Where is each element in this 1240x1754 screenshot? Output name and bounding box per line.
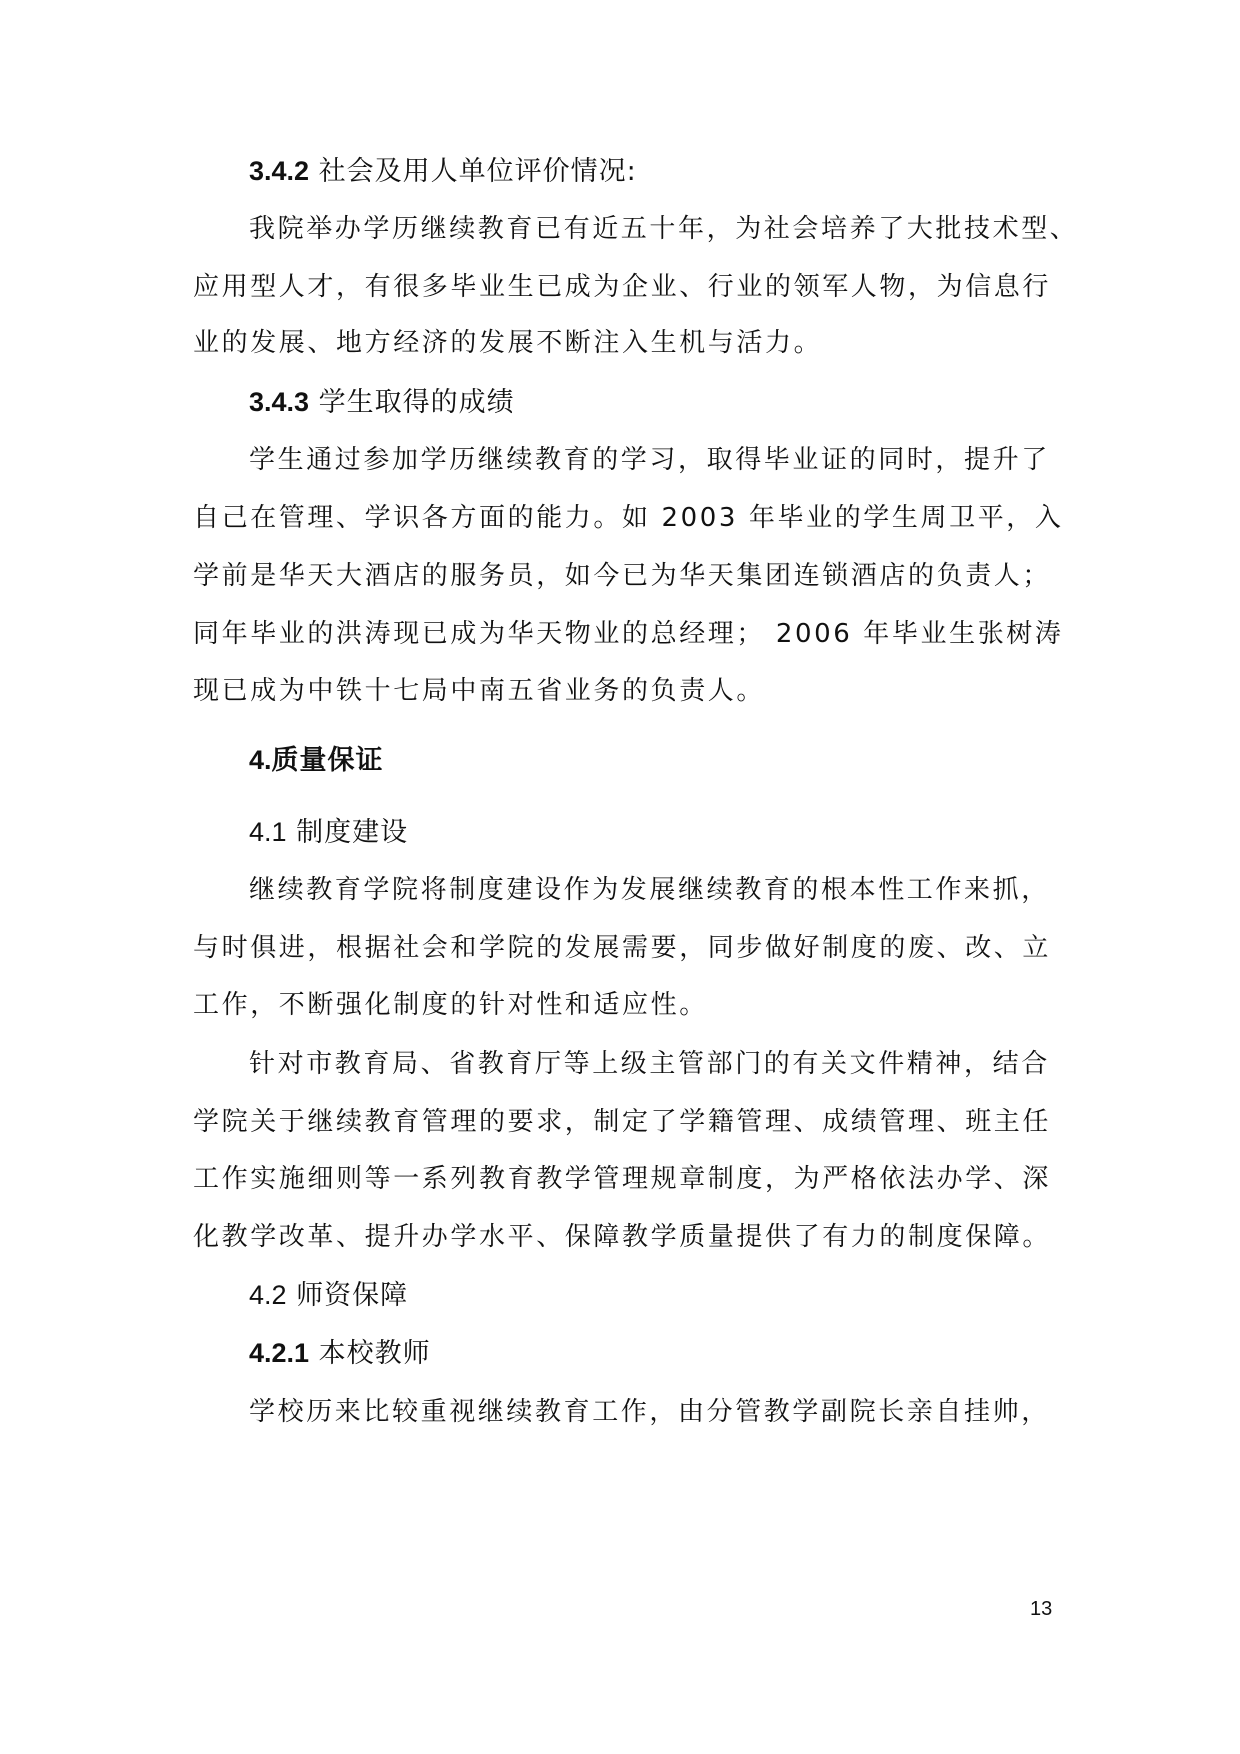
paragraph-line: 继续教育学院将制度建设作为发展继续教育的根本性工作来抓， — [249, 873, 1109, 907]
section-title: 本校教师 — [309, 1338, 431, 1369]
section-heading-3-4-2: 3.4.2 社会及用人单位评价情况: — [249, 154, 1109, 188]
section-number: 3.4.3 — [249, 387, 309, 417]
paragraph-line: 学生通过参加学历继续教育的学习，取得毕业证的同时，提升了 — [249, 443, 1109, 477]
section-heading-4-2-1: 4.2.1 本校教师 — [249, 1336, 1109, 1370]
paragraph-line: 现已成为中铁十七局中南五省业务的负责人。 — [193, 674, 1053, 708]
section-title: 制度建设 — [287, 817, 409, 848]
paragraph-line: 与时俱进，根据社会和学院的发展需要，同步做好制度的废、改、立 — [193, 931, 1053, 965]
page-number: 13 — [1030, 1598, 1052, 1621]
paragraph-line: 自己在管理、学识各方面的能力。如 2003 年毕业的学生周卫平，入 — [193, 501, 1053, 535]
section-heading-4-1: 4.1 制度建设 — [249, 815, 1109, 849]
section-title: 质量保证 — [272, 745, 384, 776]
paragraph-line: 化教学改革、提升办学水平、保障教学质量提供了有力的制度保障。 — [193, 1220, 1053, 1254]
paragraph-line: 同年毕业的洪涛现已成为华天物业的总经理； 2006 年毕业生张树涛 — [193, 617, 1053, 651]
document-page: 3.4.2 社会及用人单位评价情况: 我院举办学历继续教育已有近五十年，为社会培… — [0, 0, 1240, 1754]
paragraph-line: 学前是华天大酒店的服务员，如今已为华天集团连锁酒店的负责人； — [193, 559, 1053, 593]
paragraph-line: 针对市教育局、省教育厅等上级主管部门的有关文件精神，结合 — [249, 1047, 1109, 1081]
section-number: 4.2.1 — [249, 1338, 309, 1368]
paragraph-line: 我院举办学历继续教育已有近五十年，为社会培养了大批技术型、 — [249, 212, 1109, 246]
section-heading-4-2: 4.2 师资保障 — [249, 1278, 1109, 1312]
section-title: 社会及用人单位评价情况: — [309, 156, 637, 187]
paragraph-line: 学校历来比较重视继续教育工作，由分管教学副院长亲自挂帅， — [249, 1395, 1109, 1429]
section-number: 4.1 — [249, 817, 287, 847]
paragraph-line: 工作，不断强化制度的针对性和适应性。 — [193, 988, 1053, 1022]
section-number: 3.4.2 — [249, 156, 309, 186]
paragraph-line: 学院关于继续教育管理的要求，制定了学籍管理、成绩管理、班主任 — [193, 1105, 1053, 1139]
section-heading-4: 4.质量保证 — [249, 743, 1109, 777]
section-title: 师资保障 — [287, 1280, 409, 1311]
paragraph-line: 业的发展、地方经济的发展不断注入生机与活力。 — [193, 326, 1053, 360]
paragraph-line: 工作实施细则等一系列教育教学管理规章制度，为严格依法办学、深 — [193, 1162, 1053, 1196]
section-number: 4.2 — [249, 1280, 287, 1310]
section-number: 4. — [249, 745, 272, 775]
section-title: 学生取得的成绩 — [309, 387, 515, 418]
section-heading-3-4-3: 3.4.3 学生取得的成绩 — [249, 385, 1109, 419]
paragraph-line: 应用型人才，有很多毕业生已成为企业、行业的领军人物，为信息行 — [193, 270, 1053, 304]
